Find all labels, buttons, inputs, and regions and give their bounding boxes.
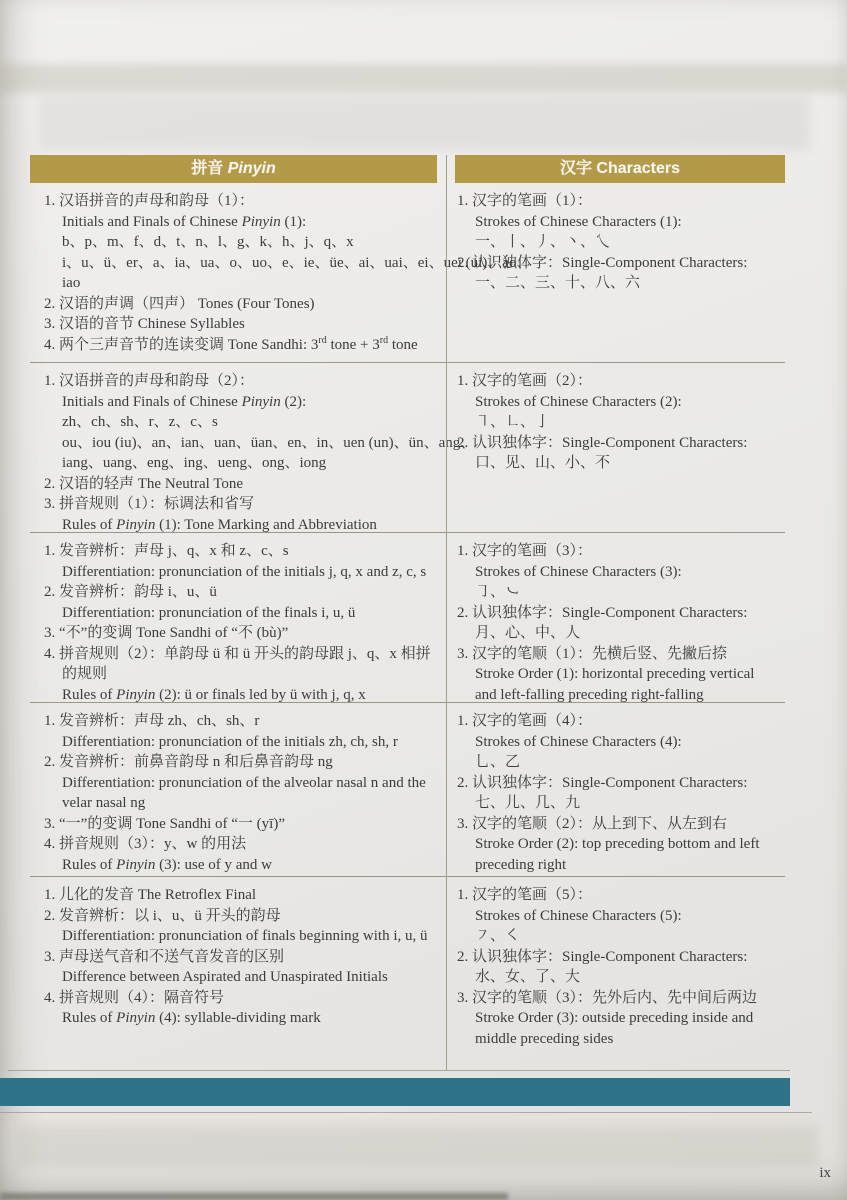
toc-line: 3. “不”的变调 Tone Sandhi of “不 (bù)” xyxy=(44,623,440,644)
toc-line: 2. 认识独体字：Single-Component Characters: xyxy=(457,253,781,274)
ghost-showthrough-top-band xyxy=(0,64,847,92)
toc-line: Initials and Finals of Chinese Pinyin (1… xyxy=(44,212,440,233)
toc-line: Differentiation: pronunciation of the fi… xyxy=(44,603,440,624)
toc-line: Rules of Pinyin (4): syllable-dividing m… xyxy=(44,1008,440,1029)
toc-line: Strokes of Chinese Characters (1): xyxy=(457,212,781,233)
pinyin-cell: 1. 儿化的发音 The Retroflex Final2. 发音辨析：以 i、… xyxy=(30,877,446,1071)
table-row: 1. 儿化的发音 The Retroflex Final2. 发音辨析：以 i、… xyxy=(30,876,785,1071)
toc-line: 1. 汉字的笔画（4）： xyxy=(457,711,781,732)
toc-line: 的规则 xyxy=(44,664,440,685)
book-page: 拼音 Pinyin 汉字 Characters 1. 汉语拼音的声母和韵母（1）… xyxy=(0,0,847,1200)
toc-line: 3. 汉字的笔顺（3）：先外后内、先中间后两边 xyxy=(457,988,781,1009)
toc-line: 1. 汉语拼音的声母和韵母（1）： xyxy=(44,191,440,212)
characters-column-header: 汉字 Characters xyxy=(455,155,785,183)
toc-line: 3. 拼音规则（1）：标调法和省写 xyxy=(44,494,440,515)
toc-line: Stroke Order (2): top preceding bottom a… xyxy=(457,834,781,855)
characters-cell: 1. 汉字的笔画（4）：Strokes of Chinese Character… xyxy=(446,703,785,876)
toc-line: Differentiation: pronunciation of finals… xyxy=(44,926,440,947)
table-row: 1. 汉语拼音的声母和韵母（1）：Initials and Finals of … xyxy=(30,183,785,362)
photo-bottom-edge xyxy=(0,1193,508,1200)
toc-line: 口、见、山、小、不 xyxy=(457,453,781,474)
toc-line: 1. 儿化的发音 The Retroflex Final xyxy=(44,885,440,906)
toc-line: Differentiation: pronunciation of the al… xyxy=(44,773,440,794)
toc-line: middle preceding sides xyxy=(457,1029,781,1050)
column-divider xyxy=(446,155,447,1071)
characters-cell: 1. 汉字的笔画（3）：Strokes of Chinese Character… xyxy=(446,533,785,702)
pinyin-cell: 1. 发音辨析：声母 j、q、x 和 z、c、sDifferentiation:… xyxy=(30,533,446,702)
footer-rule-above xyxy=(8,1070,790,1071)
toc-line: Rules of Pinyin (3): use of y and w xyxy=(44,855,440,876)
toc-line: ㇕、㇗、亅 xyxy=(457,412,781,433)
ghost-showthrough-bottom-text xyxy=(18,1126,818,1166)
toc-line: 3. 汉字的笔顺（1）：先横后竖、先撇后捺 xyxy=(457,644,781,665)
toc-line: 4. 拼音规则（4）：隔音符号 xyxy=(44,988,440,1009)
toc-line: Strokes of Chinese Characters (3): xyxy=(457,562,781,583)
toc-line: i、u、ü、er、a、ia、ua、o、uo、e、ie、üe、ai、uai、ei、… xyxy=(44,253,440,274)
toc-line: 2. 汉语的声调（四声） Tones (Four Tones) xyxy=(44,294,440,315)
pinyin-cell: 1. 汉语拼音的声母和韵母（1）：Initials and Finals of … xyxy=(30,183,446,362)
toc-line: 3. 汉语的音节 Chinese Syllables xyxy=(44,314,440,335)
toc-line: 月、心、中、人 xyxy=(457,623,781,644)
toc-line: 2. 汉语的轻声 The Neutral Tone xyxy=(44,474,440,495)
toc-line: zh、ch、sh、r、z、c、s xyxy=(44,412,440,433)
table-row: 1. 发音辨析：声母 zh、ch、sh、rDifferentiation: pr… xyxy=(30,702,785,876)
table-header-row: 拼音 Pinyin 汉字 Characters xyxy=(30,155,785,183)
toc-line: 1. 发音辨析：声母 zh、ch、sh、r xyxy=(44,711,440,732)
toc-line: Strokes of Chinese Characters (4): xyxy=(457,732,781,753)
toc-line: ou、iou (iu)、an、ian、uan、üan、en、in、uen (un… xyxy=(44,433,440,454)
toc-line: 1. 汉字的笔画（3）： xyxy=(457,541,781,562)
table-row: 1. 发音辨析：声母 j、q、x 和 z、c、sDifferentiation:… xyxy=(30,532,785,702)
toc-line: 2. 发音辨析：前鼻音韵母 n 和后鼻音韵母 ng xyxy=(44,752,440,773)
toc-line: Differentiation: pronunciation of the in… xyxy=(44,732,440,753)
toc-line: 1. 汉字的笔画（2）： xyxy=(457,371,781,392)
contents-table: 拼音 Pinyin 汉字 Characters 1. 汉语拼音的声母和韵母（1）… xyxy=(30,155,785,1071)
toc-line: 2. 认识独体字：Single-Component Characters: xyxy=(457,603,781,624)
toc-line: b、p、m、f、d、t、n、l、g、k、h、j、q、x xyxy=(44,232,440,253)
toc-line: ㇇、㇛ xyxy=(457,926,781,947)
toc-line: 七、儿、几、九 xyxy=(457,793,781,814)
toc-line: preceding right xyxy=(457,855,781,876)
toc-line: 一、丨、丿、丶、乀 xyxy=(457,232,781,253)
toc-line: Rules of Pinyin (2): ü or finals led by … xyxy=(44,685,440,703)
toc-line: 3. 汉字的笔顺（2）：从上到下、从左到右 xyxy=(457,814,781,835)
toc-line: 4. 拼音规则（2）：单韵母 ü 和 ü 开头的韵母跟 j、q、x 相拼 xyxy=(44,644,440,665)
toc-line: Stroke Order (1): horizontal preceding v… xyxy=(457,664,781,685)
pinyin-cell: 1. 发音辨析：声母 zh、ch、sh、rDifferentiation: pr… xyxy=(30,703,446,876)
toc-line: Rules of Pinyin (1): Tone Marking and Ab… xyxy=(44,515,440,533)
toc-line: Strokes of Chinese Characters (5): xyxy=(457,906,781,927)
footer-rule-below xyxy=(0,1112,812,1113)
toc-line: 2. 认识独体字：Single-Component Characters: xyxy=(457,947,781,968)
toc-line: iang、uang、eng、ing、ueng、ong、iong xyxy=(44,453,440,474)
pinyin-column-header: 拼音 Pinyin xyxy=(30,155,437,183)
characters-cell: 1. 汉字的笔画（5）：Strokes of Chinese Character… xyxy=(446,877,785,1071)
toc-line: 水、女、了、大 xyxy=(457,967,781,988)
toc-line: 2. 认识独体字：Single-Component Characters: xyxy=(457,433,781,454)
toc-line: 乚、乙 xyxy=(457,752,781,773)
toc-line: 1. 汉字的笔画（1）： xyxy=(457,191,781,212)
toc-line: 2. 发音辨析：韵母 i、u、ü xyxy=(44,582,440,603)
toc-line: 2. 认识独体字：Single-Component Characters: xyxy=(457,773,781,794)
toc-line: 2. 发音辨析：以 i、u、ü 开头的韵母 xyxy=(44,906,440,927)
toc-line: 1. 发音辨析：声母 j、q、x 和 z、c、s xyxy=(44,541,440,562)
footer-teal-band xyxy=(0,1078,790,1106)
toc-line: 4. 两个三声音节的连读变调 Tone Sandhi: 3rd tone + 3… xyxy=(44,335,440,356)
toc-line: 3. “一”的变调 Tone Sandhi of “一 (yī)” xyxy=(44,814,440,835)
toc-line: velar nasal ng xyxy=(44,793,440,814)
pinyin-cell: 1. 汉语拼音的声母和韵母（2）：Initials and Finals of … xyxy=(30,363,446,532)
ghost-showthrough-top-text xyxy=(40,96,810,150)
toc-line: Differentiation: pronunciation of the in… xyxy=(44,562,440,583)
toc-line: 1. 汉语拼音的声母和韵母（2）： xyxy=(44,371,440,392)
toc-line: Strokes of Chinese Characters (2): xyxy=(457,392,781,413)
characters-cell: 1. 汉字的笔画（1）：Strokes of Chinese Character… xyxy=(446,183,785,362)
toc-line: Stroke Order (3): outside preceding insi… xyxy=(457,1008,781,1029)
characters-cell: 1. 汉字的笔画（2）：Strokes of Chinese Character… xyxy=(446,363,785,532)
toc-line: 4. 拼音规则（3）：y、w 的用法 xyxy=(44,834,440,855)
toc-line: ㇆、㇃ xyxy=(457,582,781,603)
toc-line: iao xyxy=(44,273,440,294)
toc-line: 3. 声母送气音和不送气音发音的区别 xyxy=(44,947,440,968)
toc-line: and left-falling preceding right-falling xyxy=(457,685,781,703)
toc-line: 一、二、三、十、八、六 xyxy=(457,273,781,294)
table-row: 1. 汉语拼音的声母和韵母（2）：Initials and Finals of … xyxy=(30,362,785,532)
toc-line: Difference between Aspirated and Unaspir… xyxy=(44,967,440,988)
toc-line: 1. 汉字的笔画（5）： xyxy=(457,885,781,906)
page-number: ix xyxy=(819,1165,831,1182)
toc-line: Initials and Finals of Chinese Pinyin (2… xyxy=(44,392,440,413)
